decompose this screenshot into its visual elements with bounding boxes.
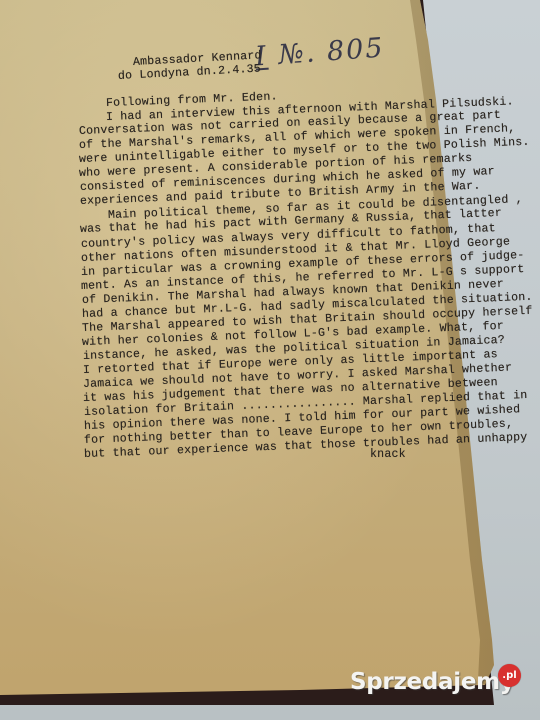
reference-abbrev: №. xyxy=(277,37,317,71)
watermark-badge: .pl xyxy=(498,664,521,687)
reference-number: 805 xyxy=(326,33,386,68)
watermark-brand: Sprzedajemy xyxy=(350,669,514,695)
catchword: knack xyxy=(370,448,406,461)
